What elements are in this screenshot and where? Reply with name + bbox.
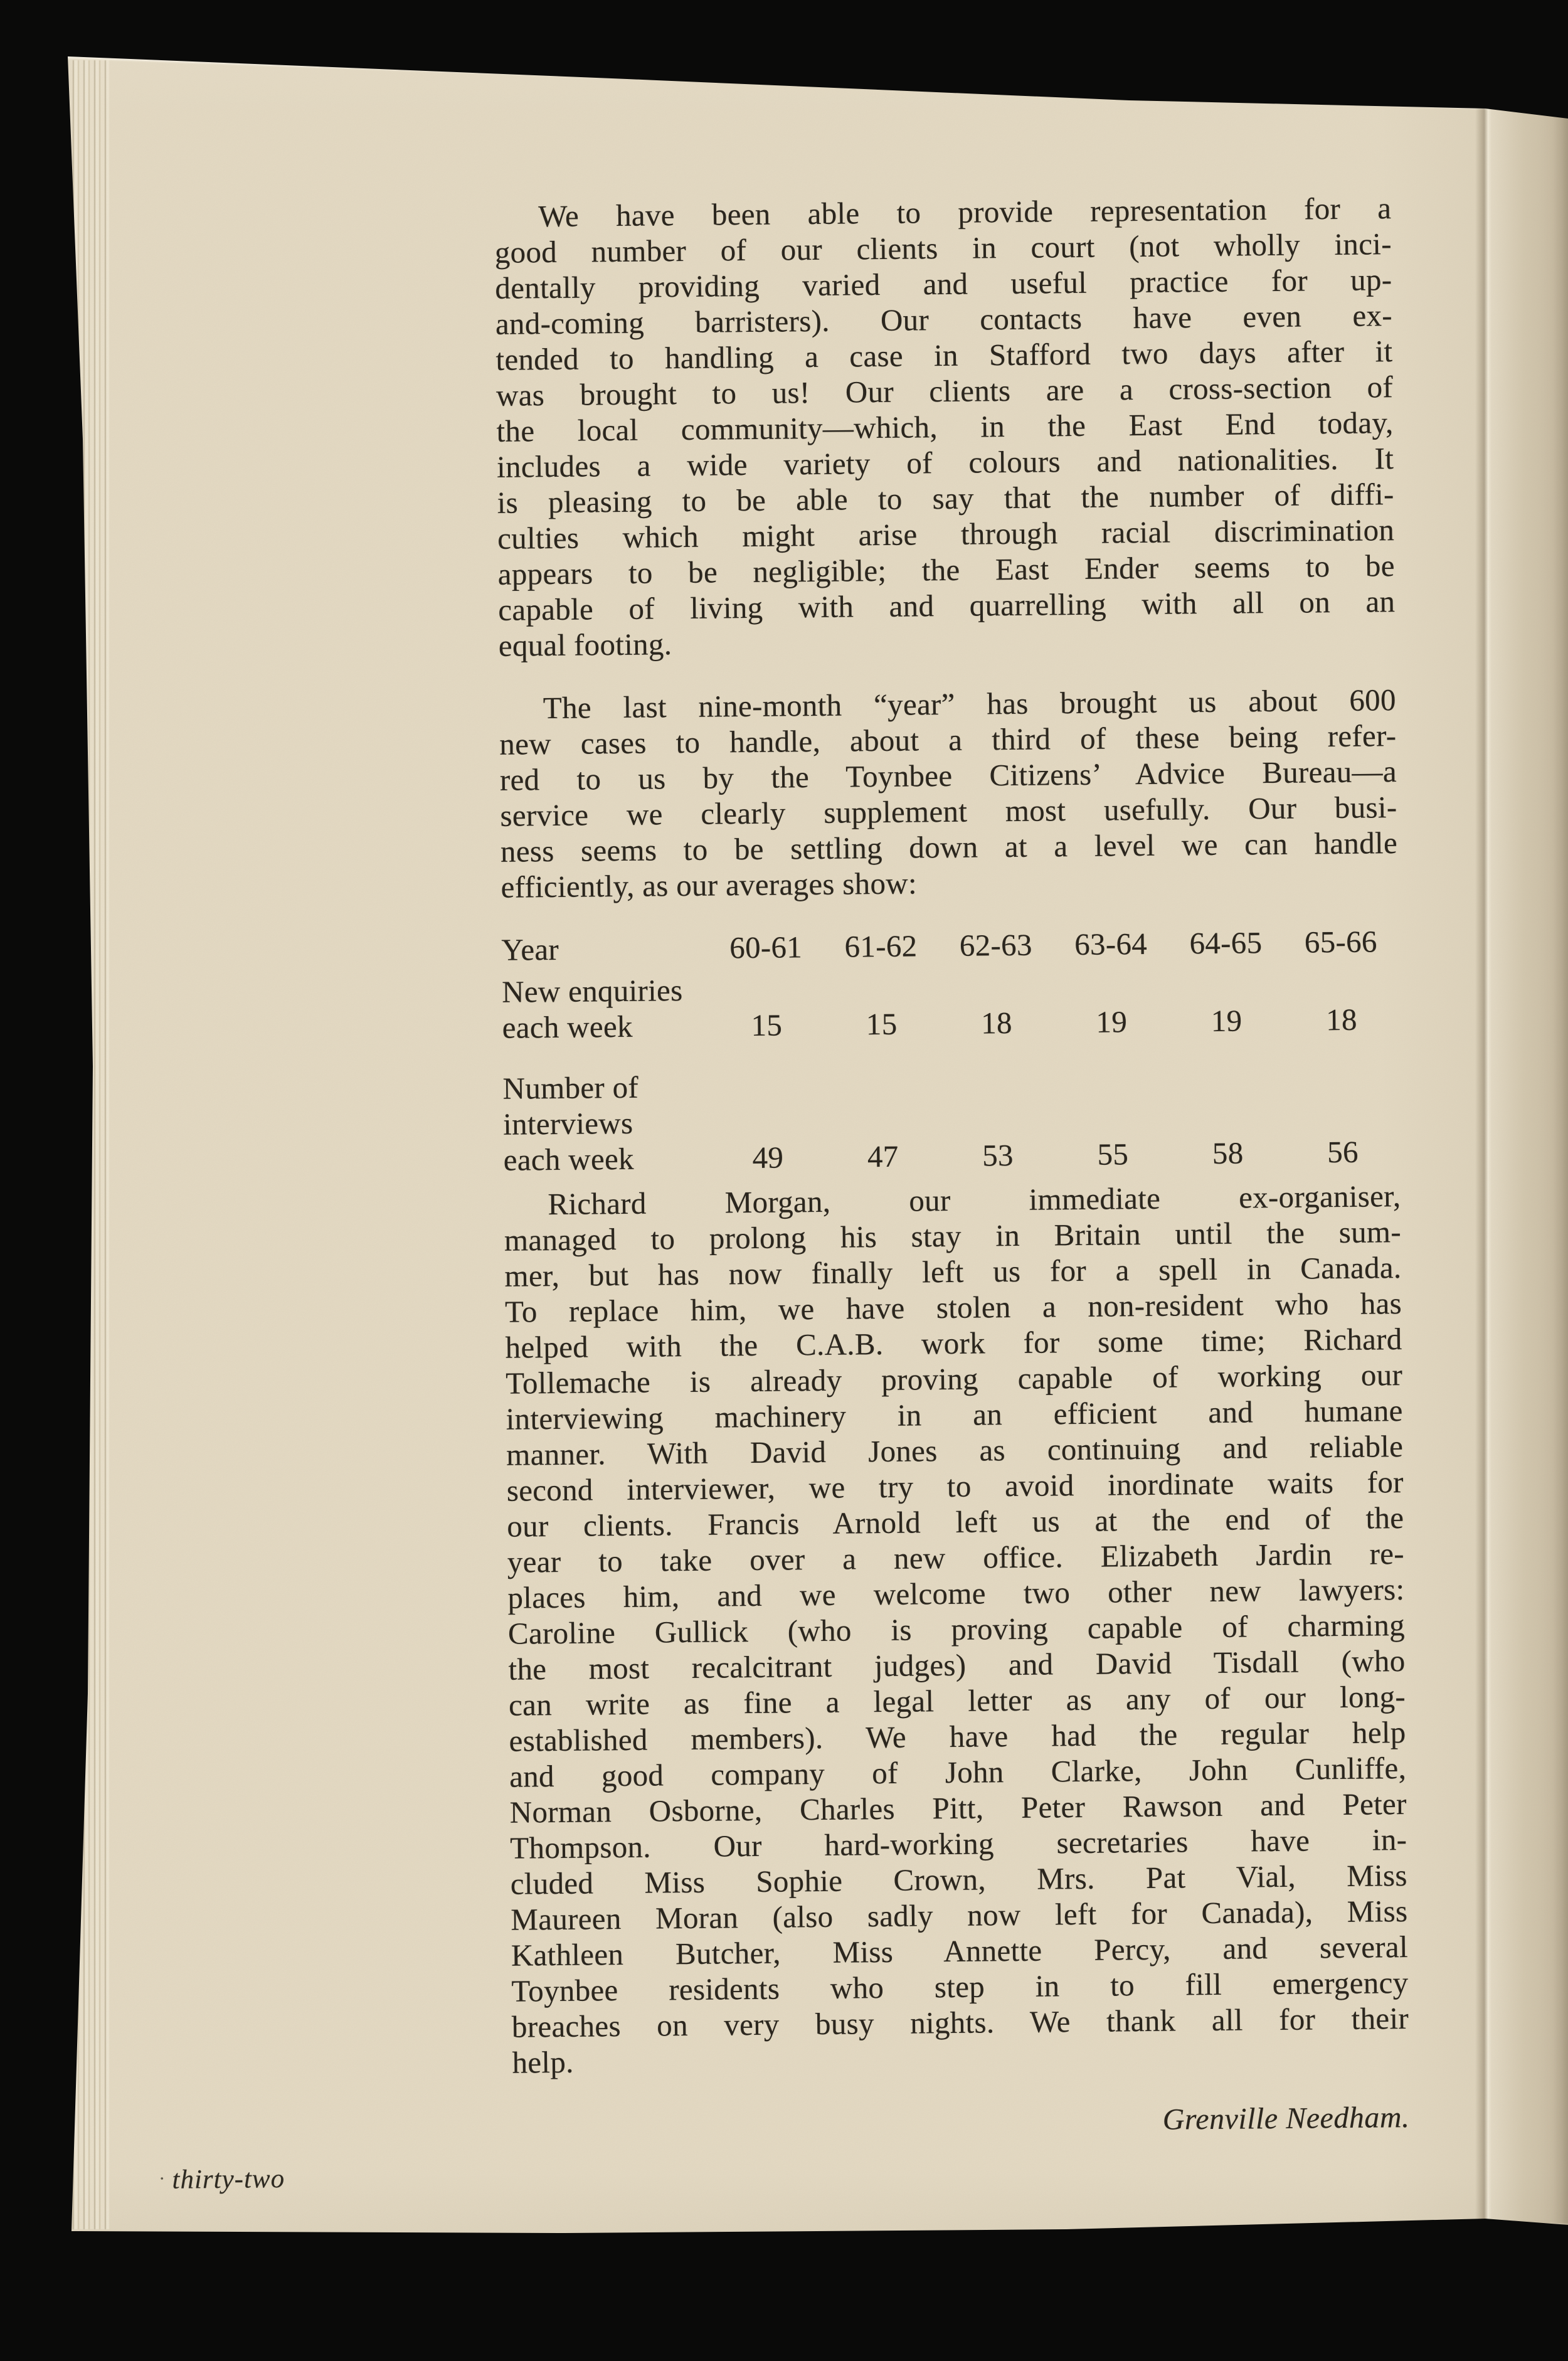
- row-label-line: interviews: [503, 1105, 711, 1142]
- row-values: 151518191918: [709, 1001, 1399, 1044]
- signature: Grenville Needham.: [1162, 2101, 1409, 2136]
- table-cell: 15: [824, 1005, 940, 1043]
- row-label: Number ofinterviewseach week: [502, 1069, 711, 1178]
- table-cell: 62-63: [938, 926, 1054, 963]
- table-cell: 15: [709, 1007, 824, 1044]
- row-label-line: each week: [502, 1008, 709, 1046]
- paragraph-caseload: The last nine-month “year” has brought u…: [499, 682, 1398, 905]
- page-top-edge: [66, 54, 1490, 109]
- table-cell: 64-65: [1168, 925, 1284, 962]
- table-cell: 65-66: [1283, 923, 1399, 960]
- paragraph-representation: We have been able to provide representat…: [494, 190, 1396, 664]
- table-cell: 18: [939, 1004, 1054, 1041]
- table-cell: 49: [710, 1139, 825, 1176]
- row-label-line: Number of: [502, 1069, 710, 1106]
- row-values: 60-6161-6262-6363-6464-6565-66: [708, 923, 1398, 966]
- stray-mark: ·: [159, 2168, 165, 2189]
- page-content: We have been able to provide representat…: [494, 190, 1410, 2144]
- row-label-line: New enquiries: [502, 972, 709, 1010]
- photo-background: We have been able to provide representat…: [0, 0, 1568, 2361]
- table-cell: 18: [1284, 1001, 1399, 1038]
- paragraph-staff: Richard Morgan, our immediate ex-organis…: [504, 1178, 1409, 2081]
- signature-row: Grenville Needham.: [512, 2099, 1409, 2144]
- page-number-area: ·thirty-two: [159, 2163, 285, 2195]
- table-cell: 61-62: [824, 928, 939, 965]
- table-cell: 55: [1055, 1136, 1170, 1173]
- table-cell: 56: [1285, 1133, 1401, 1170]
- book-page: We have been able to provide representat…: [0, 0, 1568, 2361]
- table-cell: 47: [825, 1138, 941, 1175]
- page-fold-crease: [1475, 107, 1491, 2222]
- row-label: New enquirieseach week: [502, 972, 709, 1046]
- table-cell: 53: [940, 1137, 1056, 1174]
- row-label-line: each week: [503, 1140, 711, 1178]
- row-label: Year: [501, 930, 709, 968]
- page-number: thirty-two: [172, 2164, 285, 2195]
- table-cell: 19: [1054, 1004, 1169, 1041]
- averages-table: Year60-6161-6262-6363-6464-6565-66New en…: [501, 923, 1401, 1178]
- table-cell: 19: [1169, 1002, 1285, 1039]
- row-values: 494753555856: [710, 1133, 1400, 1176]
- table-cell: 60-61: [708, 929, 824, 966]
- table-row: Year60-6161-6262-6363-6464-6565-66: [501, 923, 1398, 968]
- table-cell: 58: [1170, 1135, 1286, 1172]
- table-row: New enquirieseach week151518191918: [502, 965, 1399, 1046]
- table-row: Number ofinterviewseach week494753555856: [502, 1062, 1401, 1178]
- row-label-line: Year: [501, 930, 709, 968]
- table-cell: 63-64: [1053, 926, 1168, 963]
- adjacent-page-sliver: [1488, 108, 1568, 2223]
